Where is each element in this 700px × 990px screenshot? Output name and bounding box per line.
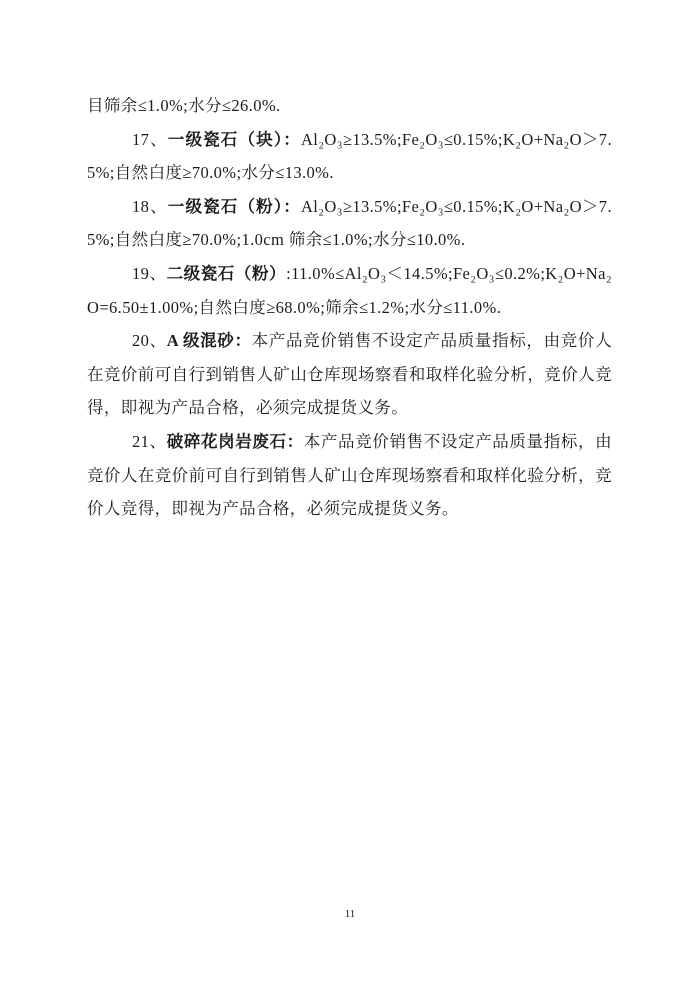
item-title: 二级瓷石（粉） (167, 264, 287, 283)
item-number: 18、 (132, 197, 168, 216)
item-title: A 级混砂： (167, 331, 252, 350)
paragraph-item-19: 19、二级瓷石（粉）:11.0%≤Al₂O₃＜14.5%;Fe₂O₃≤0.2%;… (87, 257, 612, 324)
item-title: 一级瓷石（粉）： (168, 197, 301, 216)
paragraph-item-21: 21、破碎花岗岩废石：本产品竞价销售不设定产品质量指标，由竞价人在竞价前可自行到… (87, 425, 612, 526)
page-number: 11 (0, 908, 700, 920)
item-number: 19、 (132, 264, 167, 283)
item-number: 20、 (132, 331, 167, 350)
document-page: 目筛余≤1.0%;水分≤26.0%. 17、一级瓷石（块）：Al₂O₃≥13.5… (0, 0, 700, 990)
item-number: 21、 (132, 432, 167, 451)
paragraph-text: 目筛余≤1.0%;水分≤26.0%. (87, 96, 281, 115)
item-title: 一级瓷石（块）： (168, 130, 301, 149)
item-title: 破碎花岗岩废石： (167, 432, 304, 451)
paragraph-continuation: 目筛余≤1.0%;水分≤26.0%. (87, 89, 612, 123)
paragraph-item-20: 20、A 级混砂：本产品竞价销售不设定产品质量指标，由竞价人在竞价前可自行到销售… (87, 324, 612, 425)
item-number: 17、 (132, 130, 168, 149)
paragraph-item-17: 17、一级瓷石（块）：Al₂O₃≥13.5%;Fe₂O₃≤0.15%;K₂O+N… (87, 123, 612, 190)
paragraph-item-18: 18、一级瓷石（粉）：Al₂O₃≥13.5%;Fe₂O₃≤0.15%;K₂O+N… (87, 190, 612, 257)
